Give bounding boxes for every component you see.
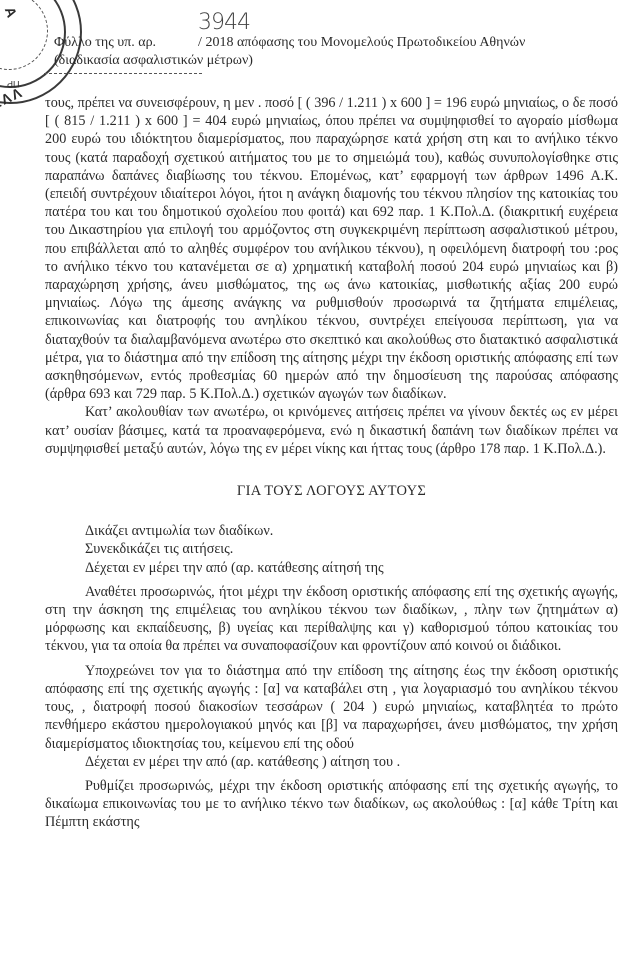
ruling-contact-rights: Ρυθμίζει προσωρινώς, μέχρι την έκδοση ορ… [45, 777, 618, 832]
document-body: τους, πρέπει να συνεισφέρουν, η μεν . πο… [45, 94, 618, 832]
header-divider [44, 73, 202, 74]
section-title: ΓΙΑ ΤΟΥΣ ΛΟΓΟΥΣ ΑΥΤΟΥΣ [45, 482, 618, 500]
header-decision-line: Φύλλο της υπ. αρ. / 2018 απόφασης του Μο… [54, 34, 634, 52]
paragraph-reasoning: τους, πρέπει να συνεισφέρουν, η μεν . πο… [45, 94, 618, 403]
seal-letters-bottom: ΕΛΛ [0, 84, 26, 113]
page-header: Φύλλο της υπ. αρ. / 2018 απόφασης του Μο… [54, 34, 634, 70]
header-procedure-line: (διαδικασία ασφαλιστικών μέτρων) [54, 52, 634, 70]
ruling-accepts-application-1: Δέχεται εν μέρει την από (αρ. κατάθεσης … [45, 559, 618, 577]
paragraph-conclusion: Κατ’ ακολουθίαν των ανωτέρω, οι κρινόμεν… [45, 403, 618, 458]
ruling-accepts-application-2: Δέχεται εν μέρει την από (αρ. κατάθεσης … [45, 753, 618, 771]
ruling-joins-applications: Συνεκδικάζει τις αιτήσεις. [45, 540, 618, 558]
ruling-support-obligation: Υποχρεώνει τον για το διάστημα από την ε… [45, 662, 618, 753]
ruling-custody: Αναθέτει προσωρινώς, ήτοι μέχρι την έκδο… [45, 583, 618, 656]
handwritten-decision-number: 3944 [198, 10, 250, 35]
ruling-adjudicates: Δικάζει αντιμωλία των διαδίκων. [45, 522, 618, 540]
document-page: A ΠΡ ΕΛΛ 3944 Φύλλο της υπ. αρ. / 2018 α… [0, 0, 640, 956]
